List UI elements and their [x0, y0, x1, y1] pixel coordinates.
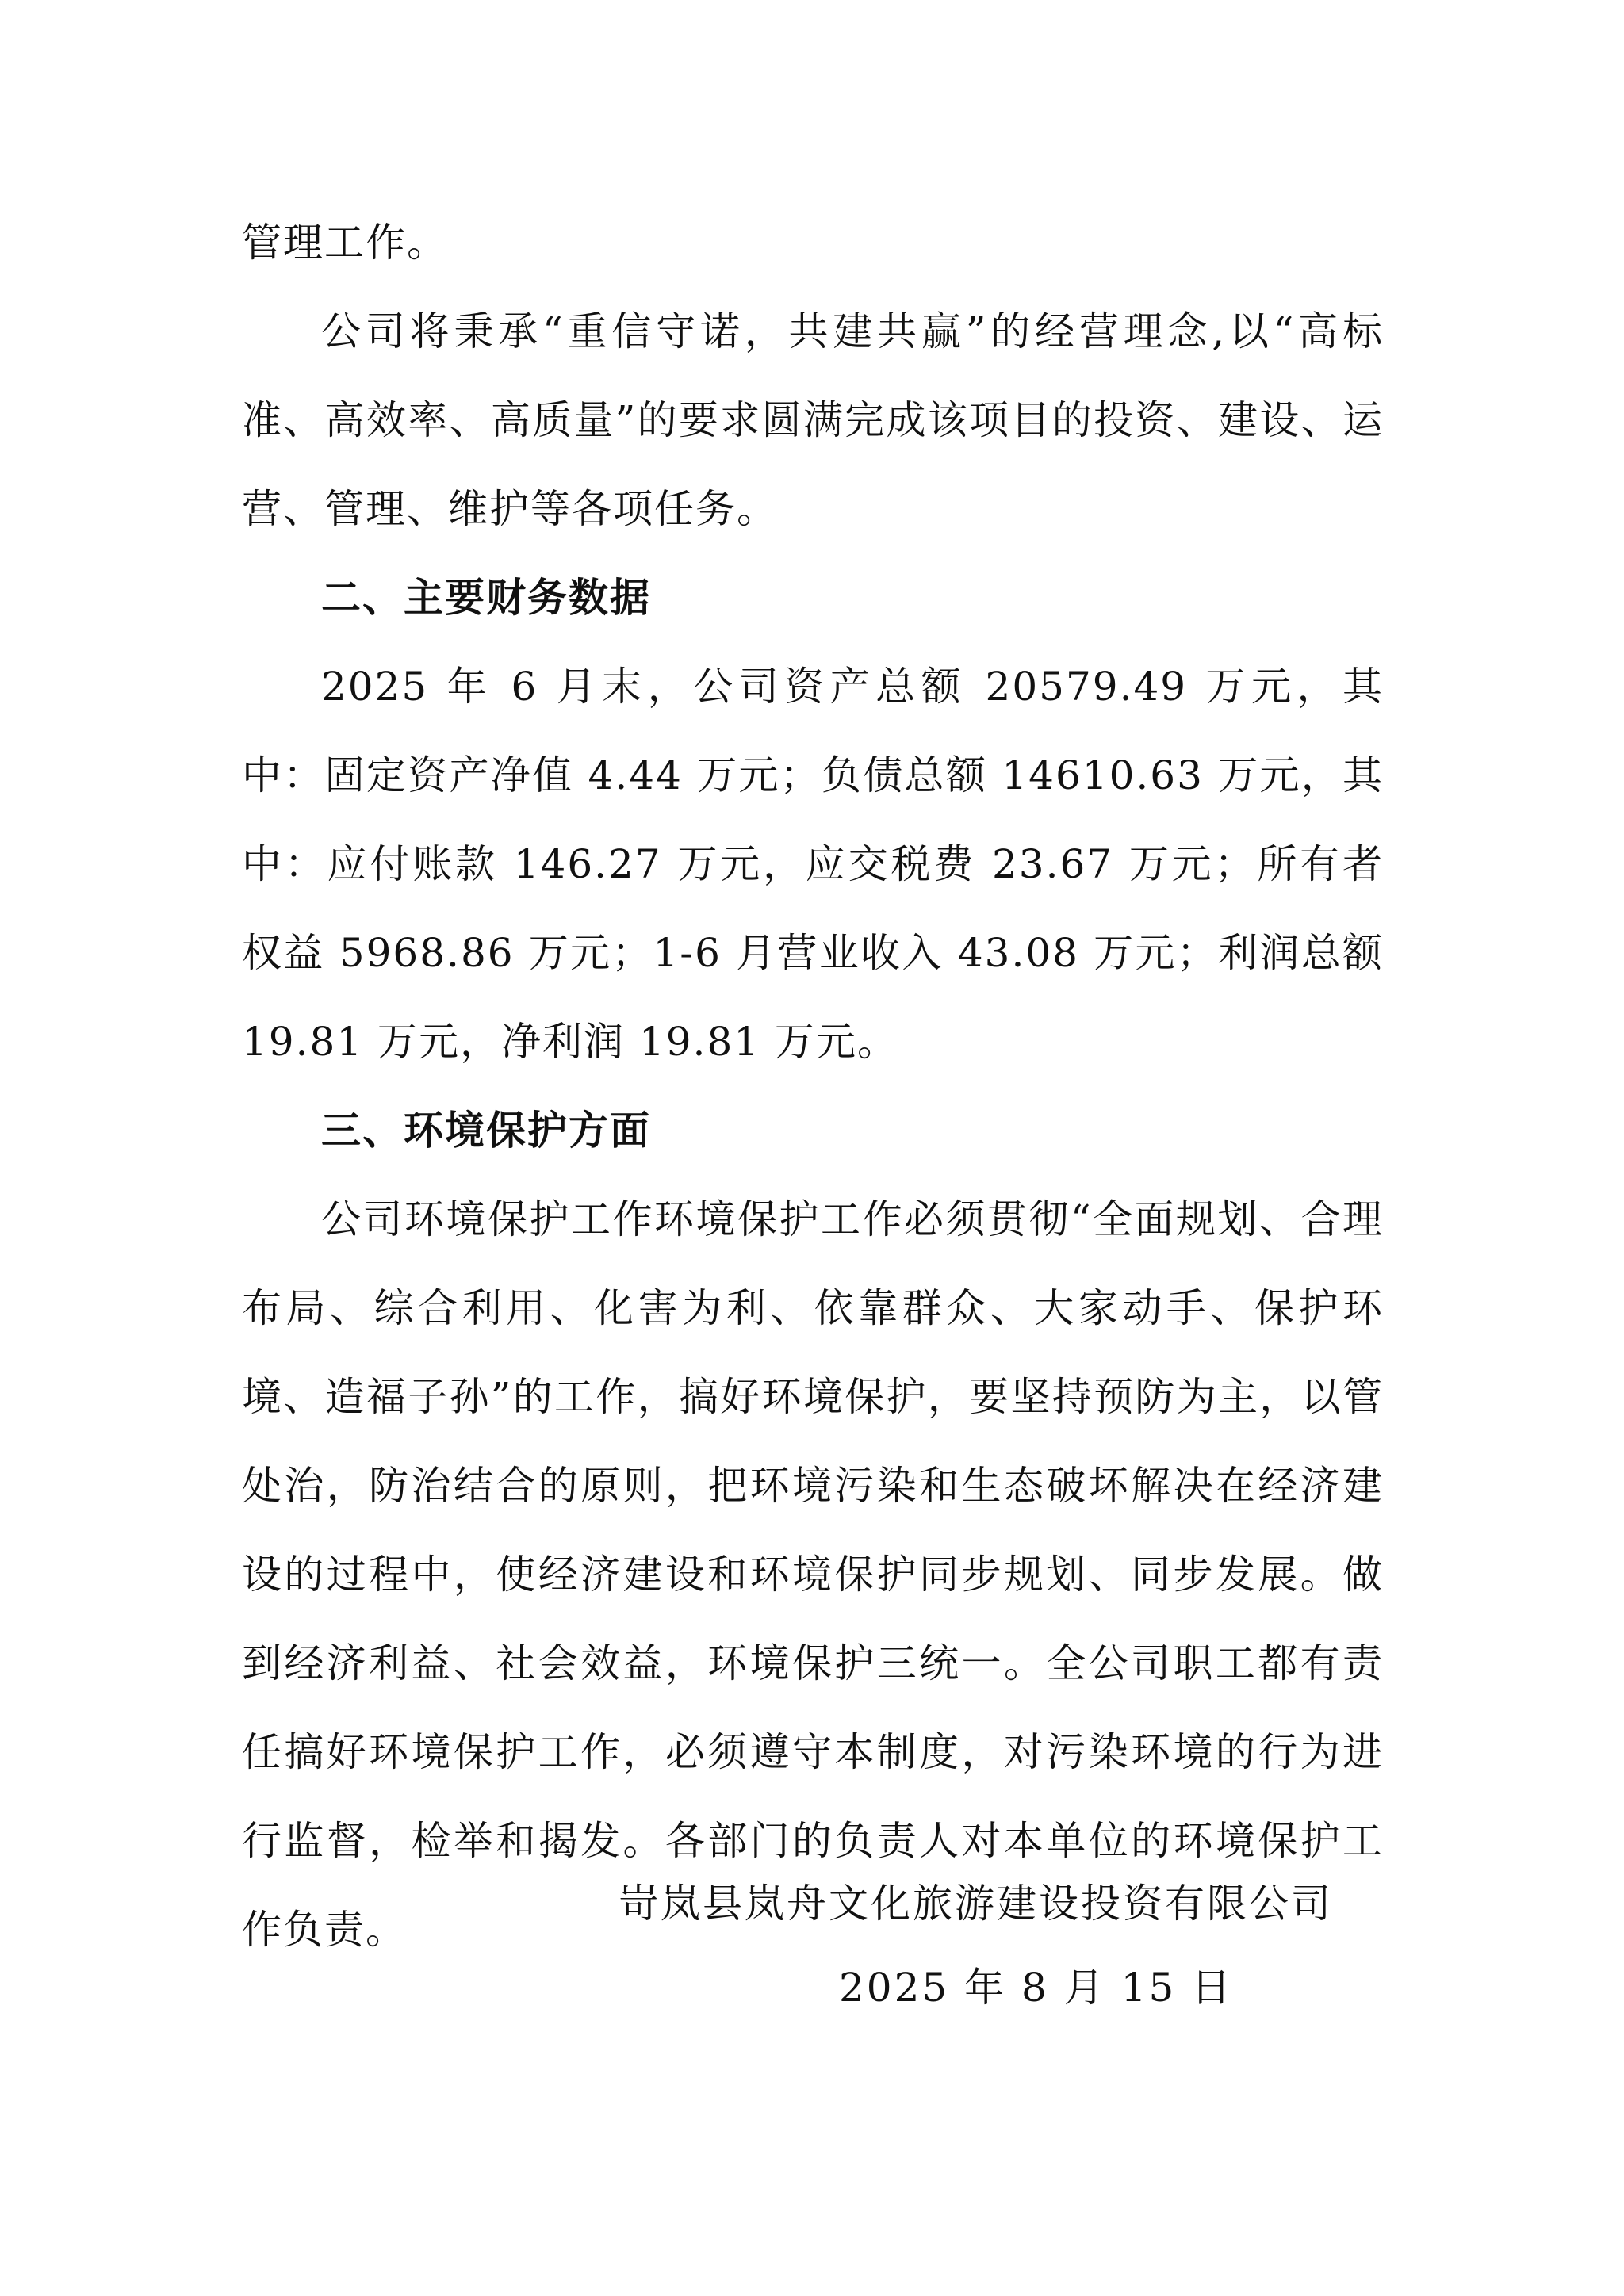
- paragraph-environmental-protection: 公司环境保护工作环境保护工作必须贯彻“全面规划、合理布局、综合利用、化害为利、依…: [242, 1175, 1384, 1974]
- section-heading-financial-data: 二、主要财务数据: [242, 553, 1384, 642]
- document-page: 管理工作。 公司将秉承“重信守诺，共建共赢”的经营理念,以“高标准、高效率、高质…: [0, 0, 1624, 2296]
- section-heading-environmental-protection: 三、环境保护方面: [242, 1086, 1384, 1175]
- signature-company-name: 岢岚县岚舟文化旅游建设投资有限公司: [619, 1859, 1411, 1948]
- paragraph-financial-data: 2025 年 6 月末，公司资产总额 20579.49 万元，其中：固定资产净值…: [242, 642, 1384, 1086]
- document-body: 管理工作。 公司将秉承“重信守诺，共建共赢”的经营理念,以“高标准、高效率、高质…: [242, 198, 1384, 1974]
- paragraph-business-philosophy: 公司将秉承“重信守诺，共建共赢”的经营理念,以“高标准、高效率、高质量”的要求圆…: [242, 287, 1384, 553]
- signature-block: 岢岚县岚舟文化旅游建设投资有限公司 2025 年 8 月 15 日: [619, 1859, 1411, 2027]
- signature-date: 2025 年 8 月 15 日: [619, 1948, 1411, 2027]
- paragraph-continuation: 管理工作。: [242, 198, 1384, 287]
